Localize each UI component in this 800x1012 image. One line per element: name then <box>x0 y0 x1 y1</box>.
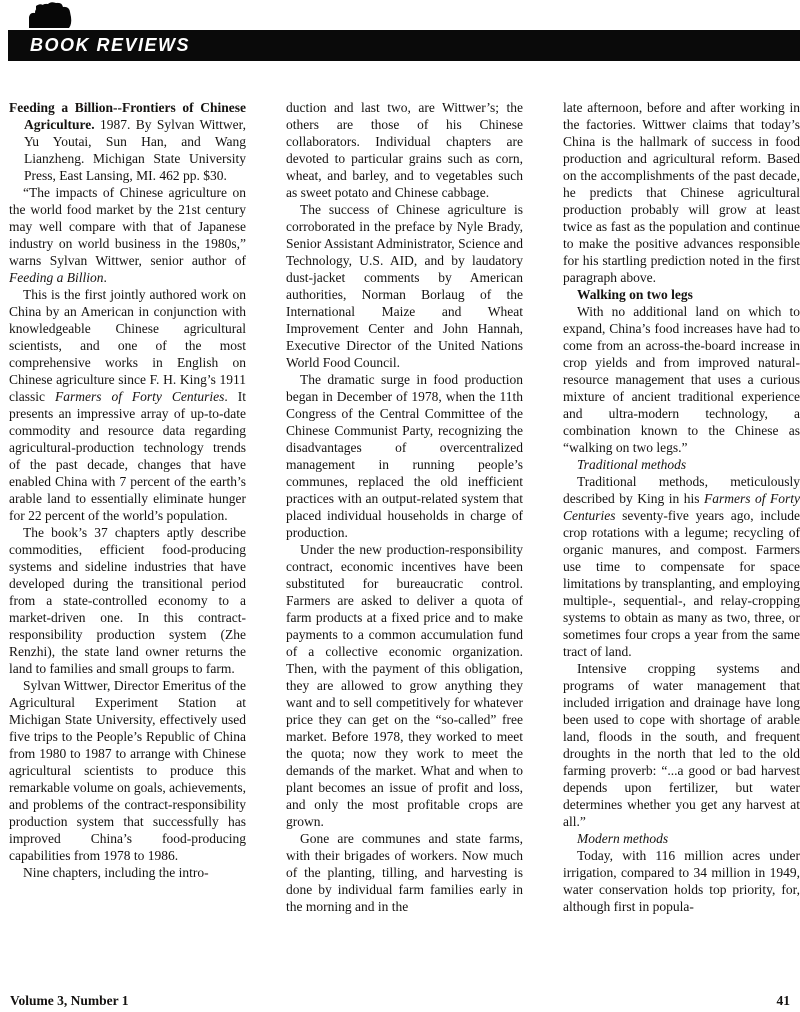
text-column-1: Feeding a Billion--Frontiers of Chinese … <box>9 99 246 985</box>
page-footer: Volume 3, Number 1 41 <box>10 993 790 1009</box>
paragraph: The dramatic surge in food production be… <box>286 371 523 541</box>
text-run: duction and last two, are Wittwer’s; the… <box>286 100 523 200</box>
text-column-3: late afternoon, before and after working… <box>563 99 800 985</box>
text-run: The dramatic surge in food production be… <box>286 372 523 540</box>
volume-label: Volume 3, Number 1 <box>10 993 129 1009</box>
cropped-logo-mark-icon <box>24 1 76 29</box>
text-run: The book’s 37 chapters aptly describe co… <box>9 525 246 676</box>
text-run: Nine chapters, including the intro- <box>23 865 209 880</box>
text-run: Sylvan Wittwer, Director Emeritus of the… <box>9 678 246 863</box>
text-run: Farmers of Forty Centuries <box>55 389 224 404</box>
paragraph: Nine chapters, including the intro- <box>9 864 246 881</box>
paragraph: late afternoon, before and after working… <box>563 99 800 286</box>
paragraph: Traditional methods, meticulously descri… <box>563 473 800 660</box>
paragraph: This is the first jointly authored work … <box>9 286 246 524</box>
book-reviews-banner: BOOK REVIEWS <box>8 30 800 61</box>
text-run: This is the first jointly authored work … <box>9 287 246 404</box>
paragraph: Gone are communes and state farms, with … <box>286 830 523 915</box>
paragraph: duction and last two, are Wittwer’s; the… <box>286 99 523 201</box>
text-run: . <box>103 270 106 285</box>
paragraph: With no additional land on which to expa… <box>563 303 800 456</box>
text-run: Today, with 116 million acres under irri… <box>563 848 800 914</box>
text-run: Intensive cropping systems and programs … <box>563 661 800 829</box>
text-run: late afternoon, before and after working… <box>563 100 800 285</box>
text-run: The success of Chinese agriculture is co… <box>286 202 523 370</box>
text-run: Walking on two legs <box>577 287 693 302</box>
text-run: seventy-five years ago, include crop rot… <box>563 508 800 659</box>
text-run: “The impacts of Chinese agriculture on t… <box>9 185 246 268</box>
banner-title: BOOK REVIEWS <box>30 35 190 56</box>
text-run: Modern methods <box>577 831 668 846</box>
section-heading: Traditional methods <box>563 456 800 473</box>
text-run: . It presents an impressive array of up-… <box>9 389 246 523</box>
text-run: Feeding a Billion <box>9 270 103 285</box>
paragraph: Today, with 116 million acres under irri… <box>563 847 800 915</box>
article-body: Feeding a Billion--Frontiers of Chinese … <box>9 99 800 985</box>
page-number: 41 <box>777 993 791 1009</box>
text-column-2: duction and last two, are Wittwer’s; the… <box>286 99 523 985</box>
text-run: Under the new production-responsibility … <box>286 542 523 829</box>
text-run: Traditional methods <box>577 457 686 472</box>
text-run: Gone are communes and state farms, with … <box>286 831 523 914</box>
section-heading: Walking on two legs <box>563 286 800 303</box>
paragraph: Sylvan Wittwer, Director Emeritus of the… <box>9 677 246 864</box>
paragraph: “The impacts of Chinese agriculture on t… <box>9 184 246 286</box>
section-heading: Modern methods <box>563 830 800 847</box>
paragraph: Under the new production-responsibility … <box>286 541 523 830</box>
paragraph: The success of Chinese agriculture is co… <box>286 201 523 371</box>
text-run: With no additional land on which to expa… <box>563 304 800 455</box>
paragraph: The book’s 37 chapters aptly describe co… <box>9 524 246 677</box>
paragraph: Intensive cropping systems and programs … <box>563 660 800 830</box>
book-citation: Feeding a Billion--Frontiers of Chinese … <box>9 99 246 184</box>
